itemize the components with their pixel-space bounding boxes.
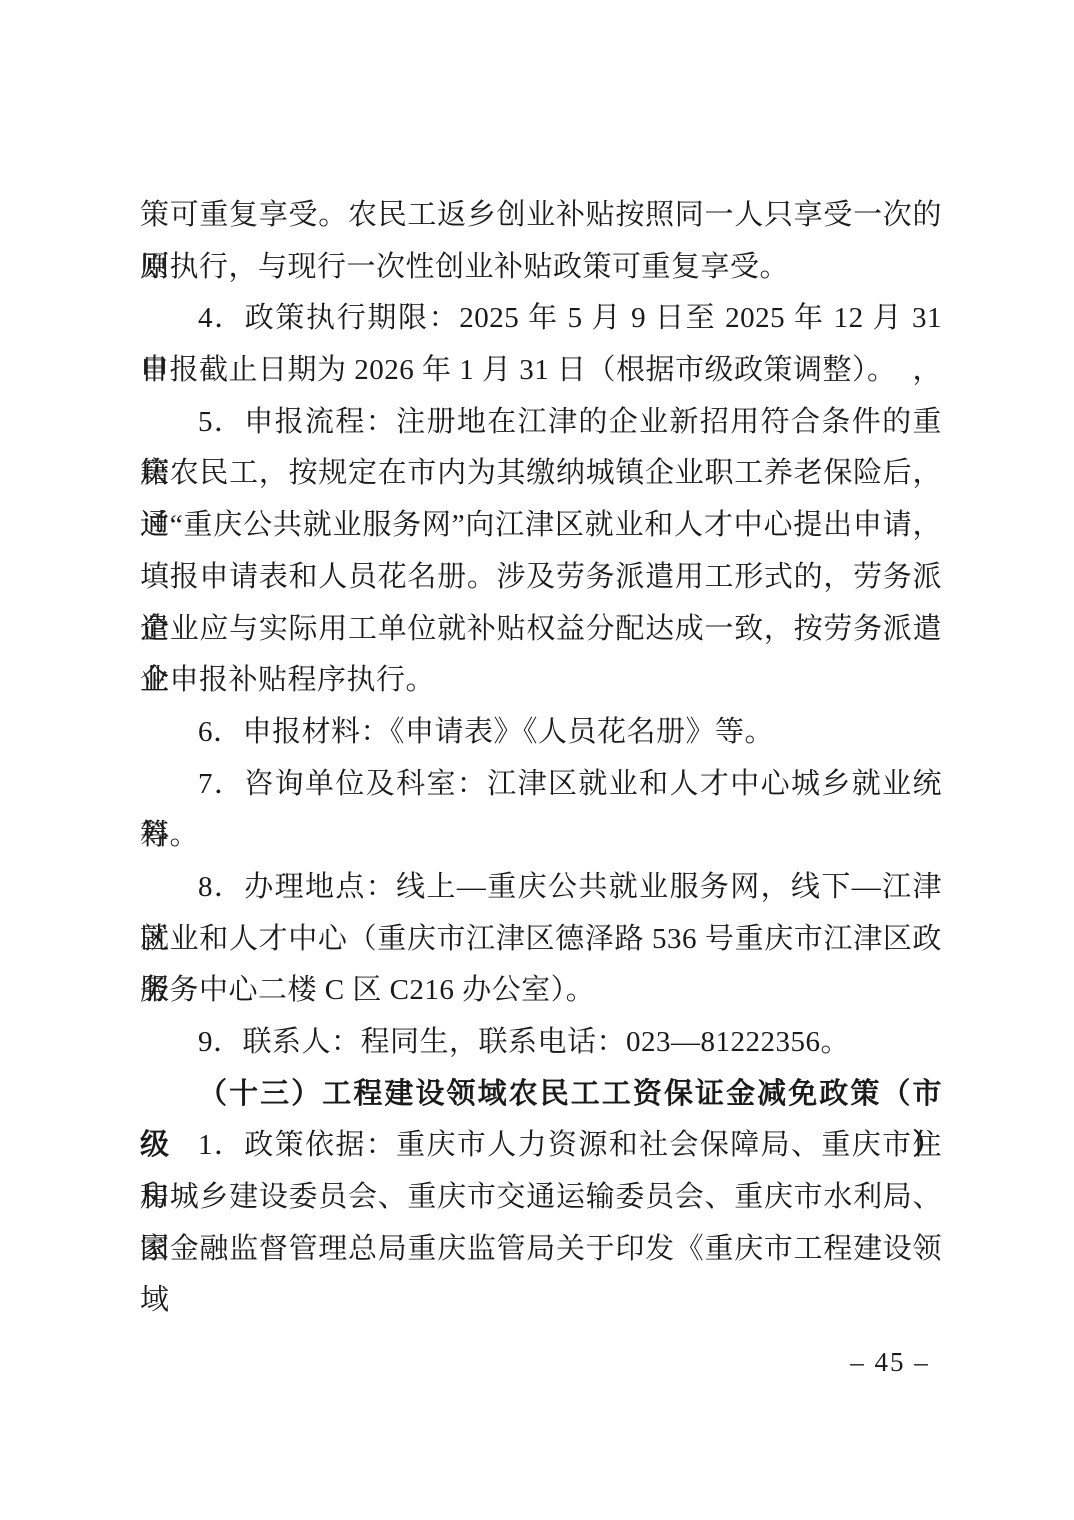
text-line: 籍农民工，按规定在市内为其缴纳城镇企业职工养老保险后，通 bbox=[140, 448, 942, 500]
text-block: 策可重复享受。农民工返乡创业补贴按照同一人只享受一次的原 则执行，与现行一次性创… bbox=[140, 190, 942, 1275]
text-line: 就业和人才中心（重庆市江津区德泽路 536 号重庆市江津区政务 bbox=[140, 914, 942, 966]
text-line: 7．咨询单位及科室：江津区就业和人才中心城乡就业统筹 bbox=[140, 759, 942, 811]
text-line: 填报申请表和人员花名册。涉及劳务派遣用工形式的，劳务派遣 bbox=[140, 552, 942, 604]
text-line: 6．申报材料：《申请表》《人员花名册》等。 bbox=[140, 707, 942, 759]
text-line: 过“重庆公共就业服务网”向江津区就业和人才中心提出申请， bbox=[140, 500, 942, 552]
text-line: 业申报补贴程序执行。 bbox=[140, 655, 942, 707]
text-line: 科。 bbox=[140, 810, 942, 862]
text-line: 策可重复享受。农民工返乡创业补贴按照同一人只享受一次的原 bbox=[140, 190, 942, 242]
text-line: 服务中心二楼 C 区 C216 办公室）。 bbox=[140, 965, 942, 1017]
text-line: 家金融监督管理总局重庆监管局关于印发《重庆市工程建设领域 bbox=[140, 1224, 942, 1276]
text-line: 则执行，与现行一次性创业补贴政策可重复享受。 bbox=[140, 242, 942, 294]
text-line: 申报截止日期为 2026 年 1 月 31 日（根据市级政策调整）。 bbox=[140, 345, 942, 397]
text-line: 9．联系人：程同生，联系电话：023—81222356。 bbox=[140, 1017, 942, 1069]
text-line: 1．政策依据：重庆市人力资源和社会保障局、重庆市住房 bbox=[140, 1120, 942, 1172]
text-line: 企业应与实际用工单位就补贴权益分配达成一致，按劳务派遣企 bbox=[140, 604, 942, 656]
text-line: 4．政策执行期限：2025 年 5 月 9 日至 2025 年 12 月 31 … bbox=[140, 293, 942, 345]
text-line: 5．申报流程：注册地在江津的企业新招用符合条件的重庆 bbox=[140, 397, 942, 449]
section-heading: （十三）工程建设领域农民工工资保证金减免政策（市级） bbox=[140, 1069, 942, 1121]
text-line: 和城乡建设委员会、重庆市交通运输委员会、重庆市水利局、国 bbox=[140, 1172, 942, 1224]
page-number: – 45 – bbox=[780, 1342, 1000, 1382]
text-line: 8．办理地点：线上—重庆公共就业服务网，线下—江津区 bbox=[140, 862, 942, 914]
document-page: 策可重复享受。农民工返乡创业补贴按照同一人只享受一次的原 则执行，与现行一次性创… bbox=[0, 0, 1074, 1520]
